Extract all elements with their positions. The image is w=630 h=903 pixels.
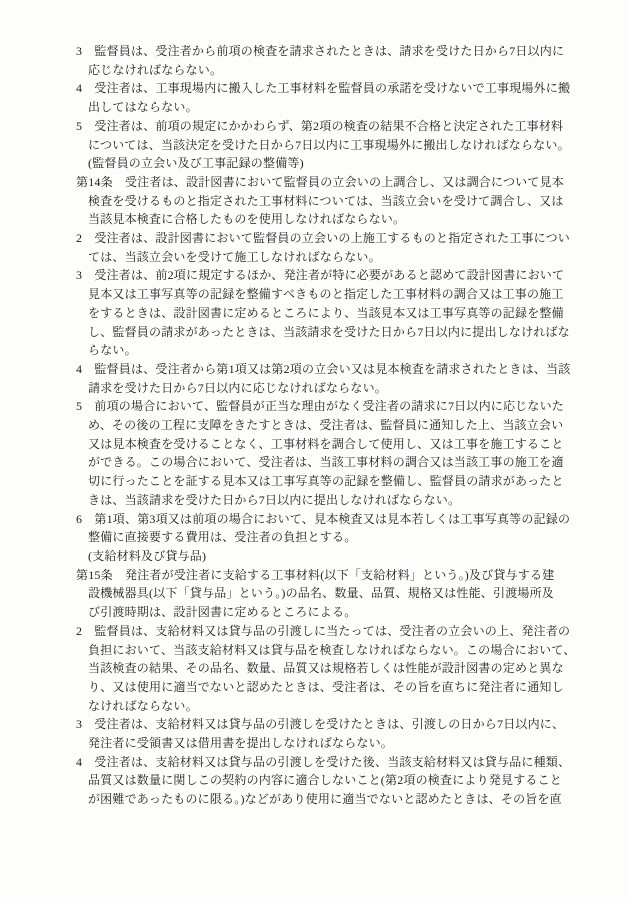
document-line: 見本又は工事写真等の記録を整備すべきものと指定した工事材料の調合又は工事の施工: [76, 285, 630, 304]
document-line: 4 監督員は、受注者から第1項又は第2項の立会い又は見本検査を請求されたときは、…: [76, 360, 630, 379]
document-line: なければならない。: [76, 697, 630, 716]
document-line: 応じなければならない。: [76, 61, 630, 80]
document-line: 検査を受けるものと指定された工事材料については、当該立会いを受けて調合し、又は: [76, 192, 630, 211]
document-line: 発注者に受領書又は借用書を提出しなければならない。: [76, 734, 630, 753]
document-line: 5 前項の場合において、監督員が正当な理由がなく受注者の請求に7日以内に応じない…: [76, 397, 630, 416]
document-line: し、監督員の請求があったときは、当該請求を受けた日から7日以内に提出しなければな: [76, 323, 630, 342]
document-line: 3 監督員は、受注者から前項の検査を請求されたときは、請求を受けた日から7日以内…: [76, 42, 630, 61]
document-line: (支給材料及び貸与品): [76, 547, 630, 566]
document-line: ては、当該立会いを受けて施工しなければならない。: [76, 248, 630, 267]
document-line: 6 第1項、第3項又は前項の場合において、見本検査又は見本若しくは工事写真等の記…: [76, 510, 630, 529]
document-page: 3 監督員は、受注者から前項の検査を請求されたときは、請求を受けた日から7日以内…: [0, 0, 630, 903]
document-line: り、又は使用に適当でないと認めたときは、受注者は、その旨を直ちに発注者に通知し: [76, 678, 630, 697]
document-line: きは、当該請求を受けた日から7日以内に提出しなければならない。: [76, 491, 630, 510]
document-line: 設機械器具(以下「貸与品」という。)の品名、数量、品質、規格又は性能、引渡場所及: [76, 584, 630, 603]
document-line: が困難であったものに限る。)などがあり使用に適当でないと認めたときは、その旨を直: [76, 790, 630, 809]
document-line: 2 監督員は、支給材料又は貸与品の引渡しに当たっては、受注者の立会いの上、発注者…: [76, 622, 630, 641]
document-line: 第15条 発注者が受注者に支給する工事材料(以下「支給材料」という。)及び貸与す…: [76, 566, 630, 585]
document-line: び引渡時期は、設計図書に定めるところによる。: [76, 603, 630, 622]
document-line: をするときは、設計図書に定めるところにより、当該見本又は工事写真等の記録を整備: [76, 304, 630, 323]
document-line: 整備に直接要する費用は、受注者の負担とする。: [76, 528, 630, 547]
document-body: 3 監督員は、受注者から前項の検査を請求されたときは、請求を受けた日から7日以内…: [76, 42, 630, 809]
document-line: 出してはならない。: [76, 98, 630, 117]
document-line: 請求を受けた日から7日以内に応じなければならない。: [76, 379, 630, 398]
document-line: 当該見本検査に合格したものを使用しなければならない。: [76, 210, 630, 229]
document-line: 又は見本検査を受けることなく、工事材料を調合して使用し、又は工事を施工すること: [76, 435, 630, 454]
document-line: ができる。この場合において、受注者は、当該工事材料の調合又は当該工事の施工を適: [76, 453, 630, 472]
document-line: 負担において、当該支給材料又は貸与品を検査しなければならない。この場合において、: [76, 641, 630, 660]
document-line: 3 受注者は、支給材料又は貸与品の引渡しを受けたときは、引渡しの日から7日以内に…: [76, 715, 630, 734]
document-line: 3 受注者は、前2項に規定するほか、発注者が特に必要があると認めて設計図書におい…: [76, 266, 630, 285]
document-line: 第14条 受注者は、設計図書において監督員の立会いの上調合し、又は調合について見…: [76, 173, 630, 192]
document-line: 品質又は数量に関しこの契約の内容に適合しないこと(第2項の検査により発見すること: [76, 771, 630, 790]
document-line: 2 受注者は、設計図書において監督員の立会いの上施工するものと指定された工事につ…: [76, 229, 630, 248]
document-line: め、その後の工程に支障をきたすときは、受注者は、監督員に通知した上、当該立会い: [76, 416, 630, 435]
document-line: 5 受注者は、前項の規定にかかわらず、第2項の検査の結果不合格と決定された工事材…: [76, 117, 630, 136]
document-line: 当該検査の結果、その品名、数量、品質又は規格若しくは性能が設計図書の定めと異な: [76, 659, 630, 678]
document-line: 4 受注者は、工事現場内に搬入した工事材料を監督員の承諾を受けないで工事現場外に…: [76, 79, 630, 98]
document-line: 4 受注者は、支給材料又は貸与品の引渡しを受けた後、当該支給材料又は貸与品に種類…: [76, 753, 630, 772]
document-line: らない。: [76, 341, 630, 360]
document-line: (監督員の立会い及び工事記録の整備等): [76, 154, 630, 173]
document-line: 切に行ったことを証する見本又は工事写真等の記録を整備し、監督員の請求があったと: [76, 472, 630, 491]
document-line: については、当該決定を受けた日から7日以内に工事現場外に搬出しなければならない。: [76, 136, 630, 155]
